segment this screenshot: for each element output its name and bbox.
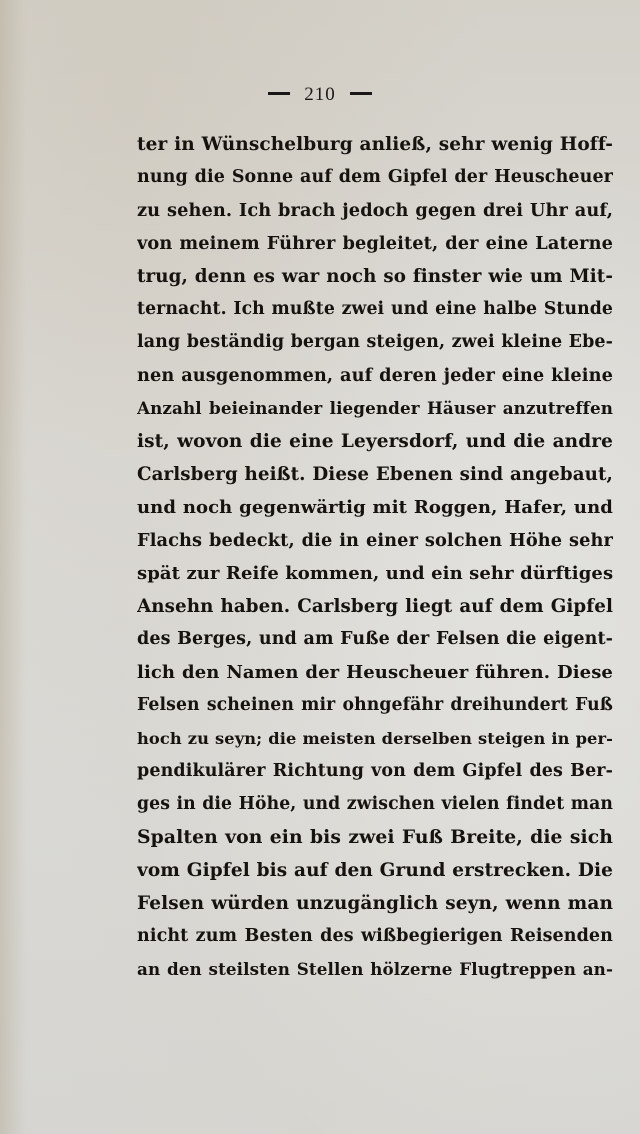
book-page: 210 ter in Wünschelburg anließ, sehr wen… [0,0,640,1134]
text-line: hoch zu seyn; die meisten derselben stei… [137,722,613,755]
text-line: Felsen scheinen mir ohngefähr dreihunder… [137,689,613,722]
text-line: nen ausgenommen, auf deren jeder eine kl… [137,359,613,392]
text-line: von meinem Führer begleitet, der eine La… [137,227,613,260]
text-line: zu sehen. Ich brach jedoch gegen drei Uh… [137,194,613,227]
text-line: Ansehn haben. Carlsberg liegt auf dem Gi… [137,590,613,623]
text-line: an den steilsten Stellen hölzerne Flugtr… [137,953,613,986]
text-line: lang beständig bergan steigen, zwei klei… [137,326,613,359]
text-line: trug, denn es war noch so finster wie um… [137,260,613,293]
text-line: ternacht. Ich mußte zwei und eine halbe … [137,293,613,326]
text-line: Carlsberg heißt. Diese Ebenen sind angeb… [137,458,613,491]
text-line: und noch gegenwärtig mit Roggen, Hafer, … [137,491,613,524]
text-line: nicht zum Besten des wißbegierigen Reise… [137,920,613,953]
text-line: Anzahl beieinander liegender Häuser anzu… [137,392,613,425]
header-dash-left [268,92,290,95]
text-line: nung die Sonne auf dem Gipfel der Heusch… [137,161,613,194]
text-line: ist, wovon die eine Leyersdorf, und die … [137,425,613,458]
header-dash-right [350,92,372,95]
text-line: vom Gipfel bis auf den Grund erstrecken.… [137,854,613,887]
text-line: Spalten von ein bis zwei Fuß Breite, die… [137,821,613,854]
body-text: ter in Wünschelburg anließ, sehr wenig H… [137,128,613,986]
text-line: pendikulärer Richtung von dem Gipfel des… [137,755,613,788]
page-header: 210 [0,84,640,116]
text-line: ter in Wünschelburg anließ, sehr wenig H… [137,128,613,161]
text-line: Flachs bedeckt, die in einer solchen Höh… [137,524,613,557]
text-line: lich den Namen der Heuscheuer führen. Di… [137,656,613,689]
text-line: Felsen würden unzugänglich seyn, wenn ma… [137,887,613,920]
page-gutter-shadow [0,0,26,1134]
text-line: ges in die Höhe, und zwischen vielen fin… [137,788,613,821]
page-number: 210 [304,84,336,105]
text-line: des Berges, und am Fuße der Felsen die e… [137,623,613,656]
text-line: spät zur Reife kommen, und ein sehr dürf… [137,557,613,590]
